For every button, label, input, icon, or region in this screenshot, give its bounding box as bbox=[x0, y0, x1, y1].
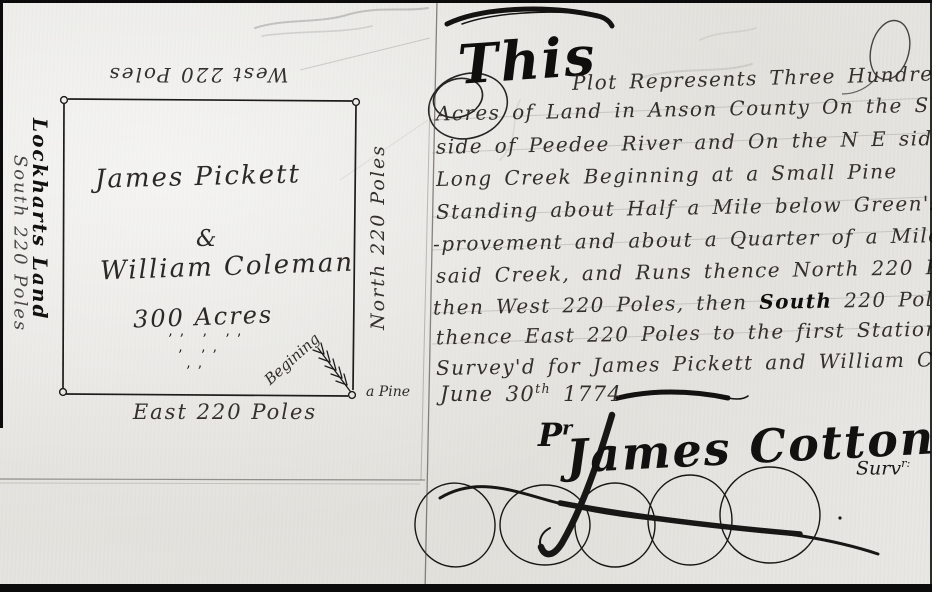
fold-line-horizontal bbox=[0, 479, 425, 480]
fold-line-horizontal-2 bbox=[0, 483, 420, 484]
scanned-survey-plat-document: West 220 Poles North 220 Poles East 220 … bbox=[0, 0, 932, 592]
meadow-marks-row: ’’ ’ ’’ bbox=[168, 332, 248, 348]
surveyor-title: Survr: bbox=[856, 456, 910, 479]
adjoiner-label: Lockharts Land bbox=[28, 118, 52, 318]
plat-owner-name-1: James Pickett bbox=[95, 159, 302, 194]
boundary-label-west: West 220 Poles bbox=[98, 63, 298, 87]
corner-marker-beginning bbox=[349, 392, 356, 399]
surveyor-title-sup: r: bbox=[901, 456, 910, 470]
description-line-9: thence East 220 Poles to the first Stati… bbox=[436, 317, 932, 350]
meadow-marks-row: ’ ’’ bbox=[178, 348, 224, 364]
description-line-7: said Creek, and Runs thence North 220 Po… bbox=[436, 254, 932, 288]
surveyor-title-base: Surv bbox=[856, 457, 901, 479]
description-line-5: Standing about Half a Mile below Green's… bbox=[436, 190, 932, 224]
description-line-3: side of Peedee River and On the N E side… bbox=[436, 125, 932, 158]
corner-marker-ne bbox=[353, 99, 360, 106]
corner-marker-nw bbox=[61, 97, 68, 104]
scan-border-top bbox=[0, 0, 932, 3]
scan-border-left bbox=[0, 3, 3, 428]
pine-corner-label: a Pine bbox=[366, 384, 410, 400]
boundary-label-east: East 220 Poles bbox=[120, 400, 330, 424]
acreage-label: 300 Acres bbox=[133, 301, 274, 334]
boundary-label-north: North 220 Poles bbox=[367, 132, 389, 342]
scan-border-bottom bbox=[0, 584, 932, 592]
signature-prefix-base: P bbox=[538, 416, 562, 454]
beginning-arrow-icon bbox=[313, 343, 350, 391]
description-line-8-pre: then West 220 Poles, then bbox=[433, 290, 760, 320]
description-line-8-post: 220 Poles bbox=[832, 286, 932, 312]
description-line-1: Plot Represents Three Hundred bbox=[572, 61, 932, 95]
date-line: June 30th 1774 bbox=[440, 381, 622, 406]
description-line-6: -provement and about a Quarter of a Mile… bbox=[433, 222, 932, 256]
corner-marker-sw bbox=[60, 389, 67, 396]
date-year: 1774 bbox=[551, 382, 622, 406]
plat-owner-name-2: William Coleman bbox=[100, 248, 355, 287]
description-line-8-emphasis: South bbox=[759, 289, 833, 314]
plat-owners-ampersand: & bbox=[196, 226, 218, 252]
description-line-2: Acres of Land in Anson County On the SW bbox=[436, 93, 932, 126]
description-line-4: Long Creek Beginning at a Small Pine bbox=[436, 159, 898, 191]
date-prefix: June 30 bbox=[440, 382, 535, 406]
meadow-marks-row: ’’ bbox=[186, 364, 209, 380]
description-line-10: Survey'd for James Pickett and William C… bbox=[436, 346, 932, 380]
date-dash-flourish bbox=[618, 392, 748, 399]
description-line-8: then West 220 Poles, then South 220 Pole… bbox=[433, 286, 932, 319]
fold-line-vertical-2 bbox=[421, 100, 430, 480]
date-ordinal: th bbox=[535, 381, 551, 396]
